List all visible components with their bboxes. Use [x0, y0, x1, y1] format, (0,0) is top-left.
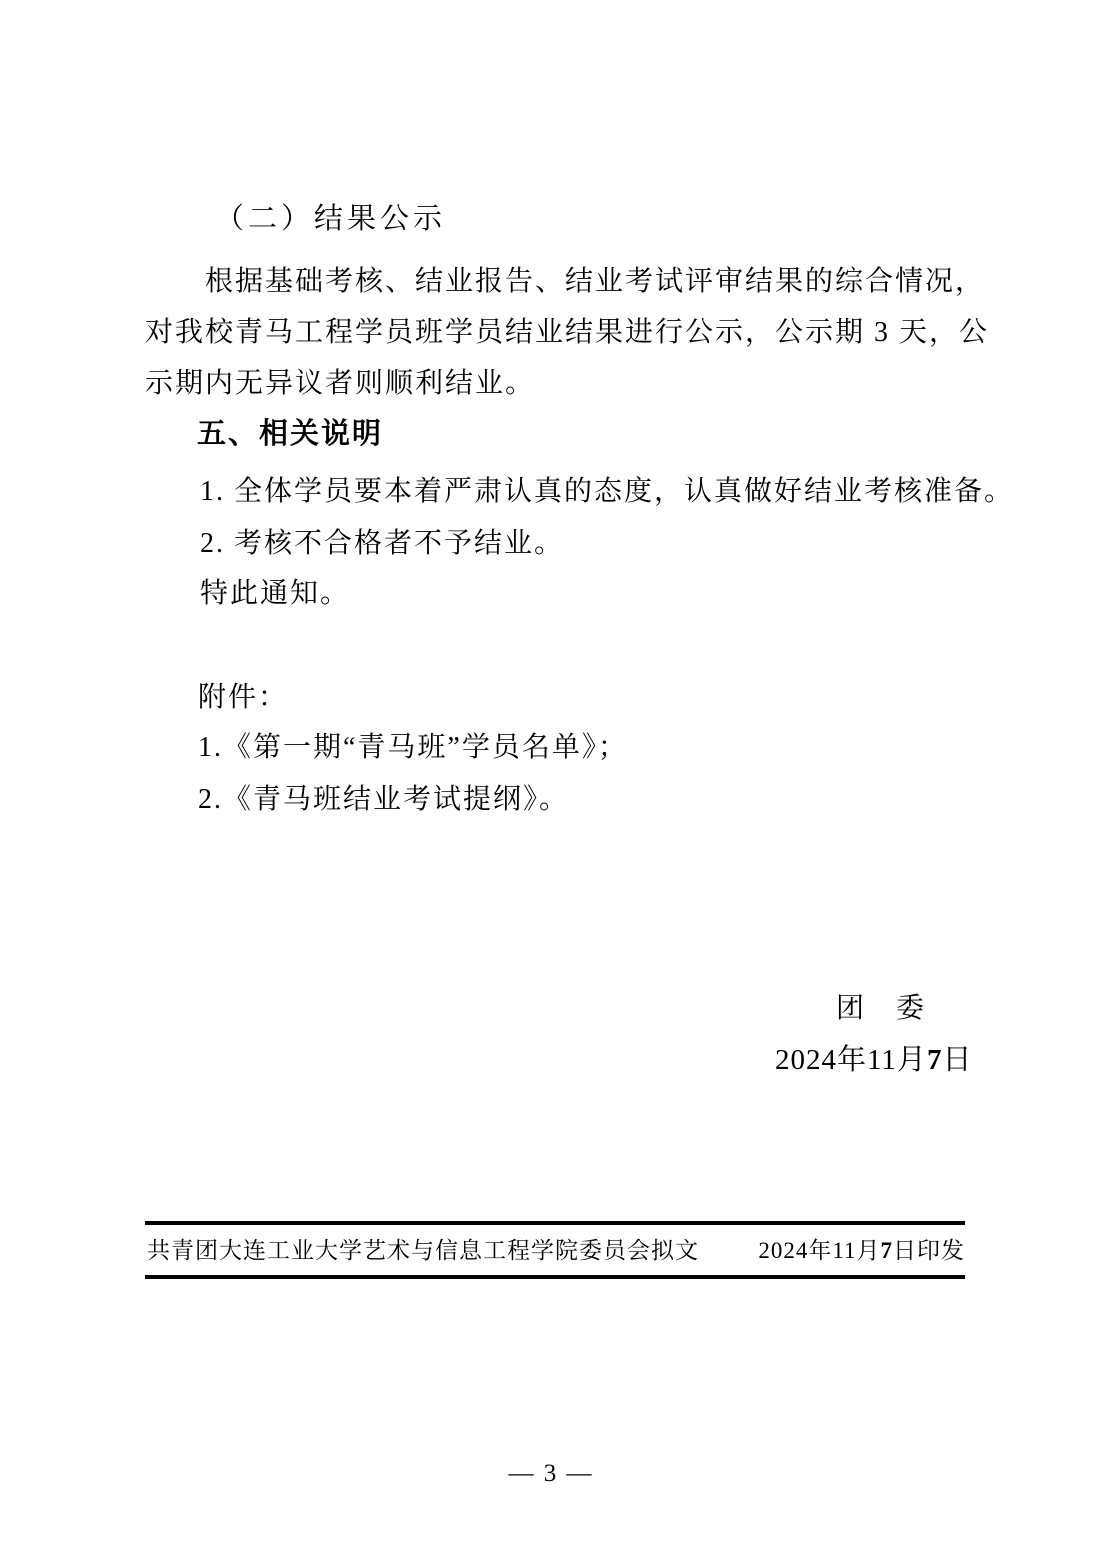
attachment-item-1: 1.《第一期“青马班”学员名单》；	[198, 732, 628, 764]
note-item-1: 1. 全体学员要本着严肃认真的态度，认真做好结业考核准备。	[200, 476, 1014, 508]
section-heading-related-notes: 五、相关说明	[197, 418, 383, 451]
attachments-label: 附件：	[198, 682, 288, 714]
page-number: — 3 —	[0, 1460, 1102, 1488]
signature-date-day: 7	[927, 1044, 943, 1076]
signature-date-prefix: 2024年11月	[775, 1044, 927, 1076]
section-heading-result-publicity: （二）结果公示	[215, 203, 446, 236]
paragraph-line-3: 示期内无异议者则顺利结业。	[145, 368, 535, 400]
signature-date: 2024年11月7日	[775, 1044, 972, 1077]
document-page: （二）结果公示 根据基础考核、结业报告、结业考试评审结果的综合情况， 对我校青马…	[0, 0, 1102, 1559]
footer-rule-top	[145, 1221, 965, 1225]
footer-date-prefix: 2024年11月	[758, 1238, 880, 1263]
footer-date-suffix: 日印发	[893, 1238, 965, 1263]
footer-issuing-org: 共青团大连工业大学艺术与信息工程学院委员会拟文	[147, 1238, 699, 1264]
paragraph-line-2: 对我校青马工程学员班学员结业结果进行公示，公示期 3 天，公	[145, 317, 989, 349]
note-item-2: 2. 考核不合格者不予结业。	[200, 528, 564, 560]
footer-print-date: 2024年11月7日印发	[758, 1238, 965, 1264]
signature-date-suffix: 日	[942, 1044, 972, 1076]
paragraph-line-1: 根据基础考核、结业报告、结业考试评审结果的综合情况，	[205, 266, 985, 298]
signature-signer: 团 委	[836, 993, 926, 1025]
footer-rule-bottom	[145, 1275, 965, 1279]
footer-date-day: 7	[881, 1238, 894, 1263]
closing-line: 特此通知。	[200, 578, 350, 610]
attachment-item-2: 2.《青马班结业考试提纲》。	[198, 784, 569, 816]
